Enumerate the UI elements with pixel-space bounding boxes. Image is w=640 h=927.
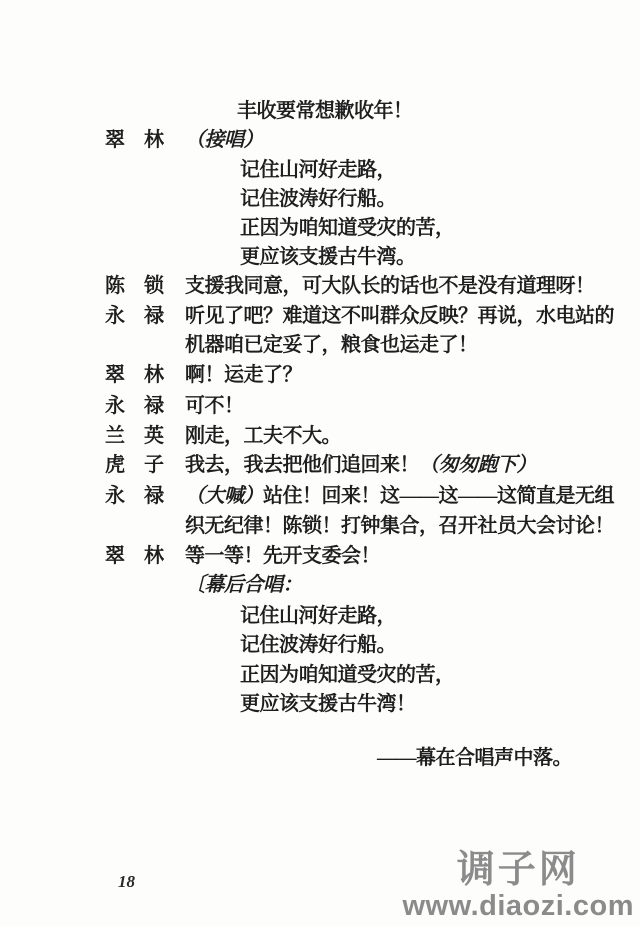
dialogue-text: 站住！回来！这——这——这简直是无组 [263,485,614,507]
song-line: 记住山河好走路， [240,604,396,628]
lyric-text: 更应该支援古牛湾！ [240,693,416,715]
song-line: 正因为咱知道受灾的苦， [240,663,455,687]
dialogue-text: 刚走，工夫不大。 [185,425,341,447]
song-line: 记住波涛好行船。 [240,633,396,657]
song-line: 更应该支援古牛湾！ [240,692,416,716]
song-line: 记住波涛好行船。 [240,187,396,211]
lyric-text: 正因为咱知道受灾的苦， [240,664,455,686]
speaker-name: 兰 英 [105,424,185,448]
dialogue-line: 兰 英刚走，工夫不大。 [105,424,341,448]
lyric-text: 丰收要常想歉收年！ [237,100,413,122]
dialogue-text: 我去，我去把他们追回来！ [185,454,419,476]
dialogue-continuation-line: 机器咱已定妥了，粮食也运走了！ [185,333,478,357]
song-line: 丰收要常想歉收年！ [237,99,413,123]
dialogue-continuation-line: 织无纪律！陈锁！打钟集合，召开社员大会讨论！ [185,514,614,538]
scanned-script-page: 丰收要常想歉收年！ 翠 林（接唱） 记住山河好走路， 记住波涛好行船。 正因为咱… [0,0,640,927]
dialogue-line: 翠 林啊！运走了？ [105,363,302,387]
dialogue-text: 机器咱已定妥了，粮食也运走了！ [185,334,478,356]
speaker-name: 翠 林 [105,544,185,568]
watermark: 调子网 www.diaozi.com [402,851,634,921]
speaker-name: 翠 林 [105,128,185,152]
lyric-text: 更应该支援古牛湾。 [240,246,416,268]
speaker-name: 翠 林 [105,363,185,387]
stage-direction: （接唱） [185,129,263,151]
curtain-note: ——幕在合唱声中落。 [377,746,572,770]
stage-direction: （大喊） [185,485,263,507]
dialogue-line: 翠 林等一等！先开支委会！ [105,544,380,568]
stage-direction: （匆匆跑下） [419,454,536,476]
speaker-name: 永 禄 [105,304,185,328]
page-number: 18 [118,872,135,892]
dialogue-text: 织无纪律！陈锁！打钟集合，召开社员大会讨论！ [185,515,614,537]
dialogue-line: 永 禄（大喊）站住！回来！这——这——这简直是无组 [105,484,614,508]
dialogue-text: 听见了吧？难道这不叫群众反映？再说，水电站的 [185,305,614,327]
speaker-name: 陈 锁 [105,274,185,298]
lyric-text: 记住波涛好行船。 [240,634,396,656]
dialogue-line: 永 禄可不！ [105,394,244,418]
watermark-site-url: www.diaozi.com [402,891,634,921]
song-line: 更应该支援古牛湾。 [240,245,416,269]
song-line: 正因为咱知道受灾的苦， [240,216,455,240]
speaker-name: 永 禄 [105,394,185,418]
dialogue-line: 永 禄听见了吧？难道这不叫群众反映？再说，水电站的 [105,304,614,328]
song-line: 记住山河好走路， [240,158,396,182]
curtain-note-text: ——幕在合唱声中落。 [377,747,572,769]
dialogue-text: 支援我同意，可大队长的话也不是没有道理呀！ [185,275,595,297]
chorus-label: 〔幕后合唱： [185,573,302,597]
lyric-text: 记住波涛好行船。 [240,188,396,210]
lyric-text: 正因为咱知道受灾的苦， [240,217,455,239]
stage-direction: 〔幕后合唱： [185,574,302,596]
speaker-name: 永 禄 [105,484,185,508]
watermark-site-name: 调子网 [402,851,634,891]
dialogue-text: 等一等！先开支委会！ [185,545,380,567]
lyric-text: 记住山河好走路， [240,159,396,181]
dialogue-line: 陈 锁支援我同意，可大队长的话也不是没有道理呀！ [105,274,595,298]
dialogue-line: 虎 子我去，我去把他们追回来！（匆匆跑下） [105,453,536,477]
lyric-text: 记住山河好走路， [240,605,396,627]
dialogue-text: 可不！ [185,395,244,417]
dialogue-text: 啊！运走了？ [185,364,302,386]
dialogue-line: 翠 林（接唱） [105,128,263,152]
speaker-name: 虎 子 [105,453,185,477]
